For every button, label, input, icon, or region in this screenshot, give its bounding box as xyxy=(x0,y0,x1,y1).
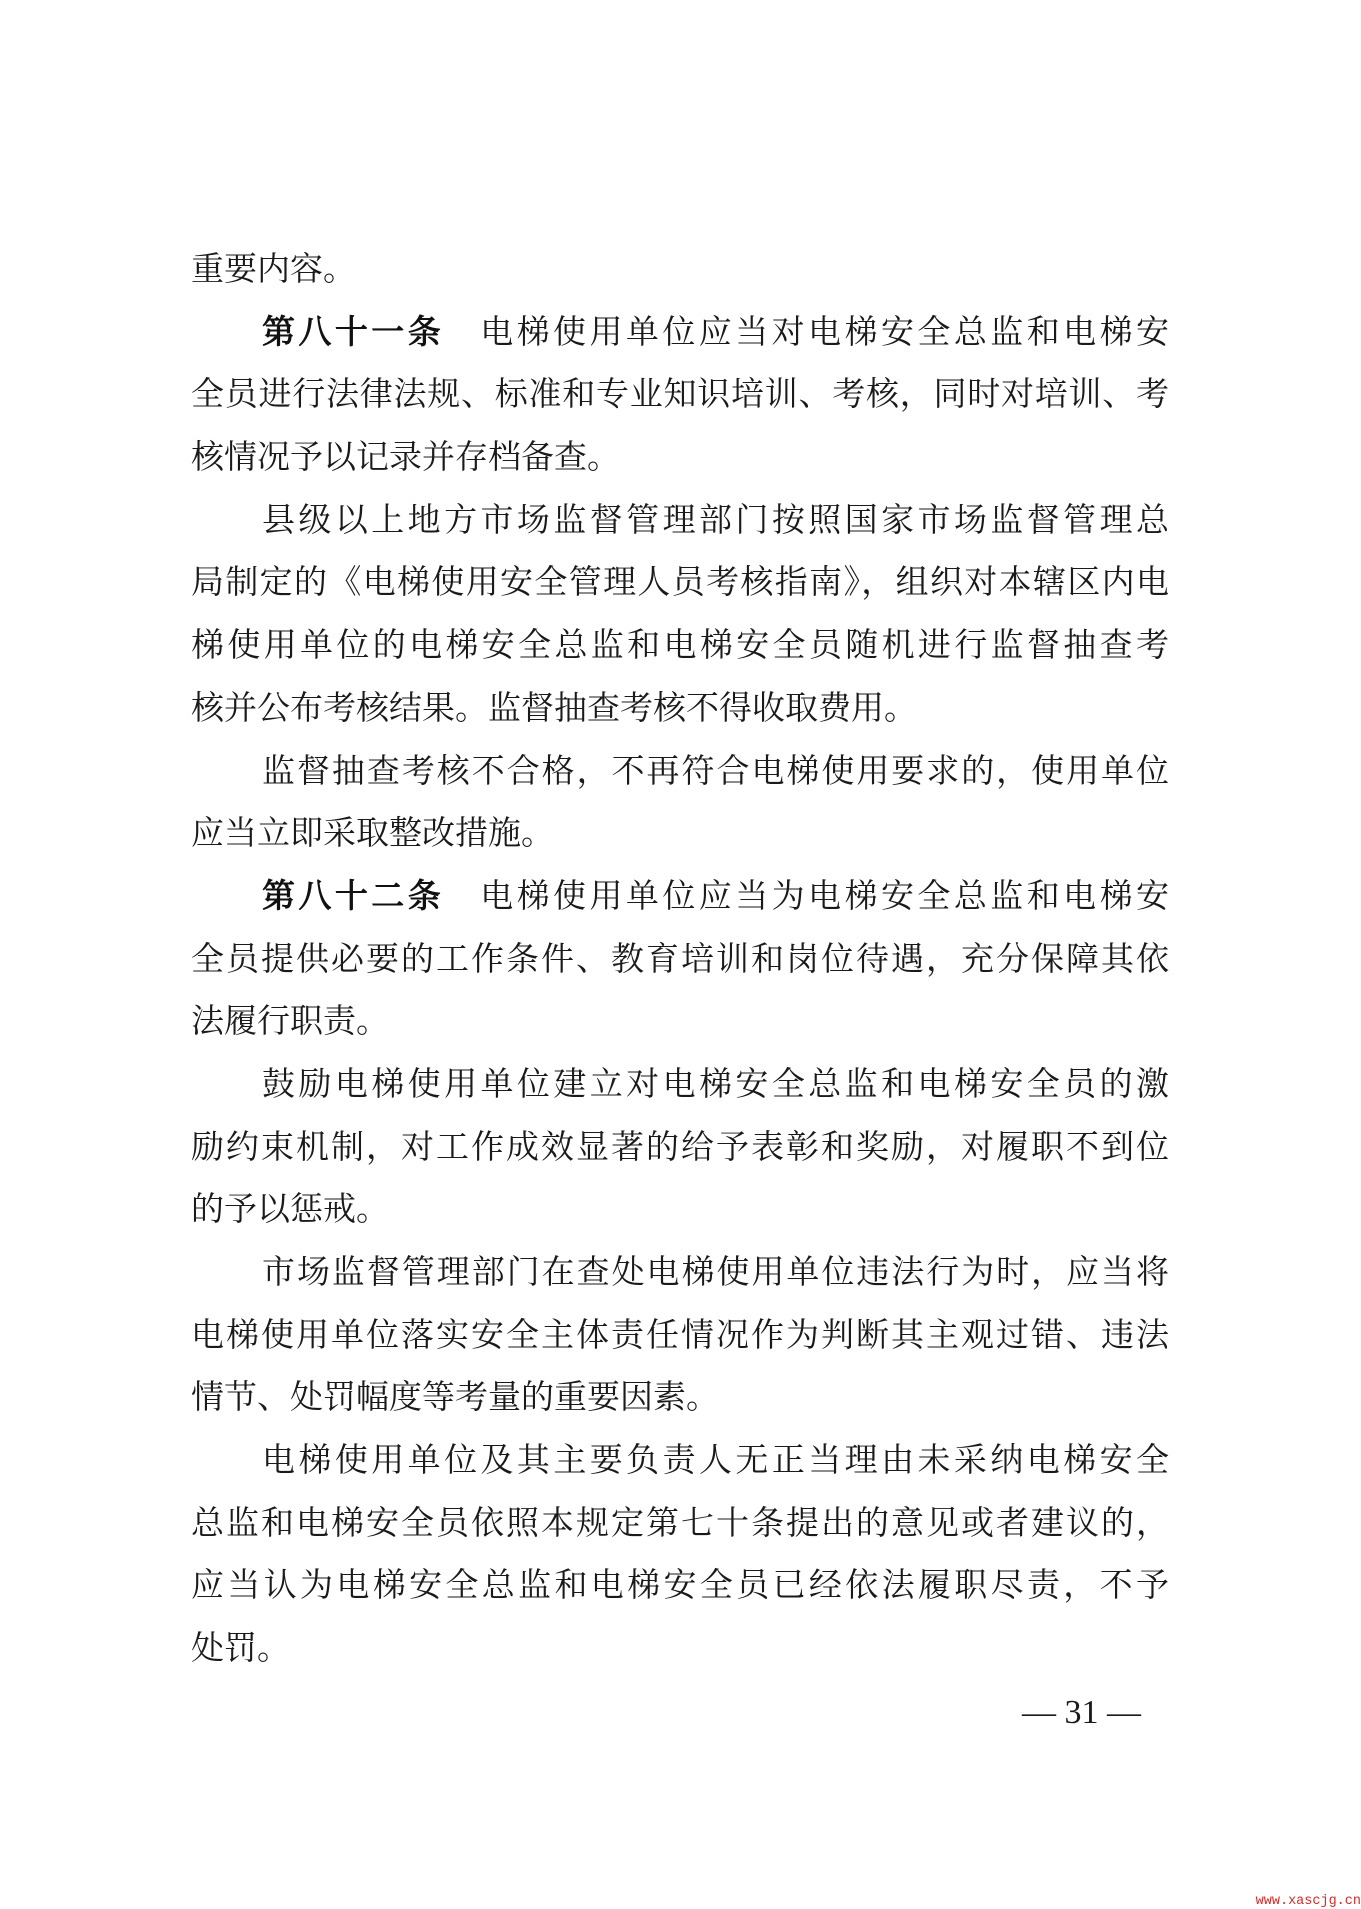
text-line: 全员提供必要的工作条件、教育培训和岗位待遇，充分保障其依 xyxy=(191,928,1169,991)
text-line: 情节、处罚幅度等考量的重要因素。 xyxy=(191,1366,1169,1429)
watermark: www.xascjg.cn xyxy=(1256,1895,1361,1909)
paragraph: 鼓励电梯使用单位建立对电梯安全总监和电梯安全员的激 励约束机制，对工作成效显著的… xyxy=(191,1053,1169,1241)
article-heading: 第八十一条 xyxy=(262,312,444,351)
text-line: 全员进行法律法规、标准和专业知识培训、考核，同时对培训、考 xyxy=(191,363,1169,426)
article-81: 第八十一条电梯使用单位应当对电梯安全总监和电梯安 全员进行法律法规、标准和专业知… xyxy=(191,301,1169,489)
text-line: 应当认为电梯安全总监和电梯安全员已经依法履职尽责，不予 xyxy=(191,1554,1169,1617)
article-82: 第八十二条电梯使用单位应当为电梯安全总监和电梯安 全员提供必要的工作条件、教育培… xyxy=(191,865,1169,1053)
text-line: 核并公布考核结果。监督抽查考核不得收取费用。 xyxy=(191,677,1169,740)
page-number: — 31 — xyxy=(1022,1693,1141,1733)
text-line: 县级以上地方市场监督管理部门按照国家市场监督管理总 xyxy=(191,489,1169,552)
article-heading: 第八十二条 xyxy=(262,876,444,915)
paragraph: 县级以上地方市场监督管理部门按照国家市场监督管理总 局制定的《电梯使用安全管理人… xyxy=(191,489,1169,740)
text-line: 梯使用单位的电梯安全总监和电梯安全员随机进行监督抽查考 xyxy=(191,614,1169,677)
text-line: 局制定的《电梯使用安全管理人员考核指南》，组织对本辖区内电 xyxy=(191,551,1169,614)
text-line: 应当立即采取整改措施。 xyxy=(191,802,1169,865)
text-span: 电梯使用单位应当为电梯安全总监和电梯安 xyxy=(480,876,1169,915)
text-line: 电梯使用单位及其主要负责人无正当理由未采纳电梯安全 xyxy=(191,1429,1169,1492)
text-span: 电梯使用单位应当对电梯安全总监和电梯安 xyxy=(480,312,1169,351)
text-line: 总监和电梯安全员依照本规定第七十条提出的意见或者建议的， xyxy=(191,1492,1169,1555)
paragraph: 电梯使用单位及其主要负责人无正当理由未采纳电梯安全 总监和电梯安全员依照本规定第… xyxy=(191,1429,1169,1680)
document-page: 重要内容。 第八十一条电梯使用单位应当对电梯安全总监和电梯安 全员进行法律法规、… xyxy=(0,0,1361,1909)
text-line: 励约束机制，对工作成效显著的给予表彰和奖励，对履职不到位 xyxy=(191,1116,1169,1179)
text-line: 核情况予以记录并存档备查。 xyxy=(191,426,1169,489)
text-line: 电梯使用单位落实安全主体责任情况作为判断其主观过错、违法 xyxy=(191,1304,1169,1367)
text-line: 鼓励电梯使用单位建立对电梯安全总监和电梯安全员的激 xyxy=(191,1053,1169,1116)
text-line: 监督抽查考核不合格，不再符合电梯使用要求的，使用单位 xyxy=(191,740,1169,803)
paragraph: 重要内容。 xyxy=(191,238,1169,301)
paragraph: 市场监督管理部门在查处电梯使用单位违法行为时，应当将 电梯使用单位落实安全主体责… xyxy=(191,1241,1169,1429)
text-body: 重要内容。 第八十一条电梯使用单位应当对电梯安全总监和电梯安 全员进行法律法规、… xyxy=(191,238,1169,1680)
text-line: 法履行职责。 xyxy=(191,990,1169,1053)
text-line: 的予以惩戒。 xyxy=(191,1178,1169,1241)
text-line: 处罚。 xyxy=(191,1617,1169,1680)
text-line: 市场监督管理部门在查处电梯使用单位违法行为时，应当将 xyxy=(191,1241,1169,1304)
text-line: 重要内容。 xyxy=(191,238,1169,301)
text-line: 第八十一条电梯使用单位应当对电梯安全总监和电梯安 xyxy=(191,301,1169,364)
text-line: 第八十二条电梯使用单位应当为电梯安全总监和电梯安 xyxy=(191,865,1169,928)
paragraph: 监督抽查考核不合格，不再符合电梯使用要求的，使用单位 应当立即采取整改措施。 xyxy=(191,740,1169,865)
